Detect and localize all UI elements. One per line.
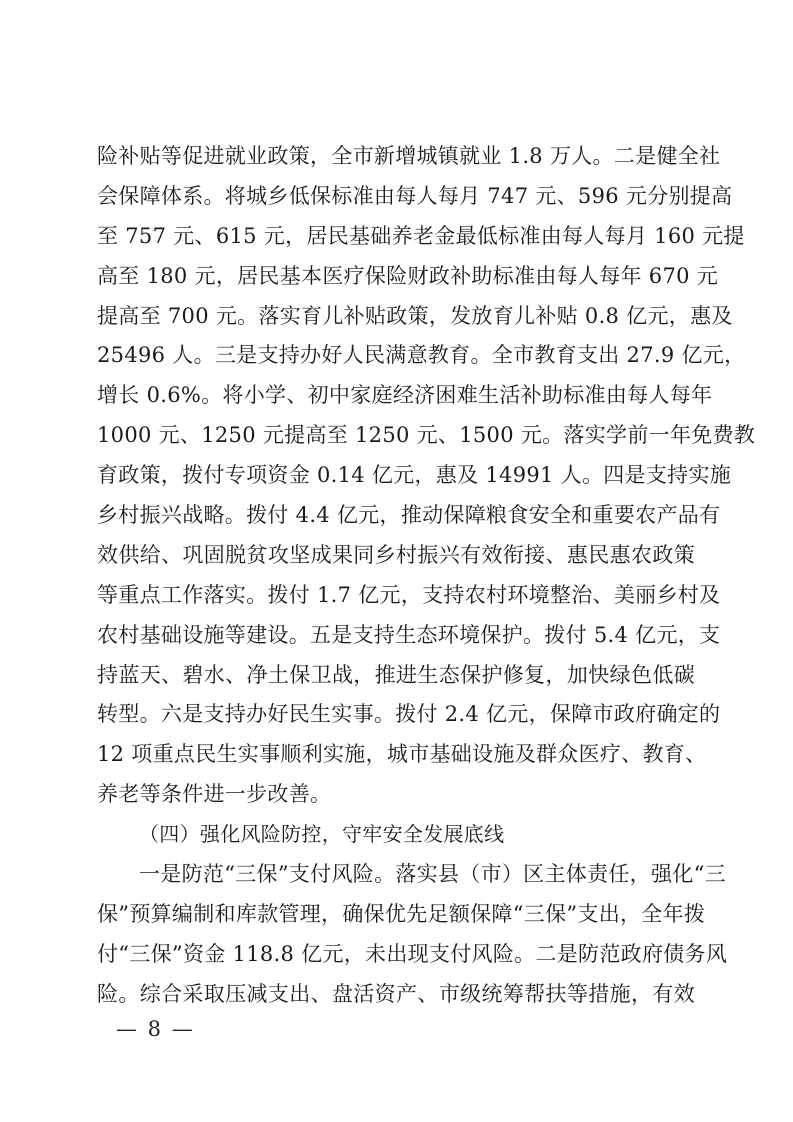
text-line: 会保障体系。将城乡低保标准由每人每月 747 元、596 元分别提高 xyxy=(97,177,695,217)
section-heading: （四）强化风险防控，守牢安全发展底线 xyxy=(97,815,695,855)
page-number: — 8 — xyxy=(116,1017,195,1041)
text-line: 农村基础设施等建设。五是支持生态环境保护。拨付 5.4 亿元，支 xyxy=(97,616,695,656)
text-line: 育政策，拨付专项资金 0.14 亿元，惠及 14991 人。四是支持实施 xyxy=(97,456,695,496)
text-line: 1000 元、1250 元提高至 1250 元、1500 元。落实学前一年免费教 xyxy=(97,416,695,456)
text-line: 乡村振兴战略。拨付 4.4 亿元，推动保障粮食安全和重要农产品有 xyxy=(97,496,695,536)
text-line: 养老等条件进一步改善。 xyxy=(97,775,695,815)
text-line: 险补贴等促进就业政策，全市新增城镇就业 1.8 万人。二是健全社 xyxy=(97,137,695,177)
text-line: 至 757 元、615 元，居民基础养老金最低标准由每人每月 160 元提 xyxy=(97,217,695,257)
text-line: 效供给、巩固脱贫攻坚成果同乡村振兴有效衔接、惠民惠农政策 xyxy=(97,536,695,576)
text-line: 险。综合采取压减支出、盘活资产、市级统筹帮扶等措施，有效 xyxy=(97,975,695,1015)
text-line: 提高至 700 元。落实育儿补贴政策，发放育儿补贴 0.8 亿元，惠及 xyxy=(97,297,695,337)
text-line: 25496 人。三是支持办好人民满意教育。全市教育支出 27.9 亿元， xyxy=(97,336,695,376)
document-body: 险补贴等促进就业政策，全市新增城镇就业 1.8 万人。二是健全社 会保障体系。将… xyxy=(97,137,695,1015)
text-line: 转型。六是支持办好民生实事。拨付 2.4 亿元，保障市政府确定的 xyxy=(97,695,695,735)
text-line: 12 项重点民生实事顺利实施，城市基础设施及群众医疗、教育、 xyxy=(97,735,695,775)
text-line: 付“三保”资金 118.8 亿元，未出现支付风险。二是防范政府债务风 xyxy=(97,935,695,975)
text-line: 等重点工作落实。拨付 1.7 亿元，支持农村环境整治、美丽乡村及 xyxy=(97,576,695,616)
text-line: 高至 180 元，居民基本医疗保险财政补助标准由每人每年 670 元 xyxy=(97,257,695,297)
text-line: 保”预算编制和库款管理，确保优先足额保障“三保”支出，全年拨 xyxy=(97,895,695,935)
text-line: 一是防范“三保”支付风险。落实县（市）区主体责任，强化“三 xyxy=(97,855,695,895)
text-line: 持蓝天、碧水、净土保卫战，推进生态保护修复，加快绿色低碳 xyxy=(97,656,695,696)
text-line: 增长 0.6%。将小学、初中家庭经济困难生活补助标准由每人每年 xyxy=(97,376,695,416)
document-page: 险补贴等促进就业政策，全市新增城镇就业 1.8 万人。二是健全社 会保障体系。将… xyxy=(0,0,793,1122)
